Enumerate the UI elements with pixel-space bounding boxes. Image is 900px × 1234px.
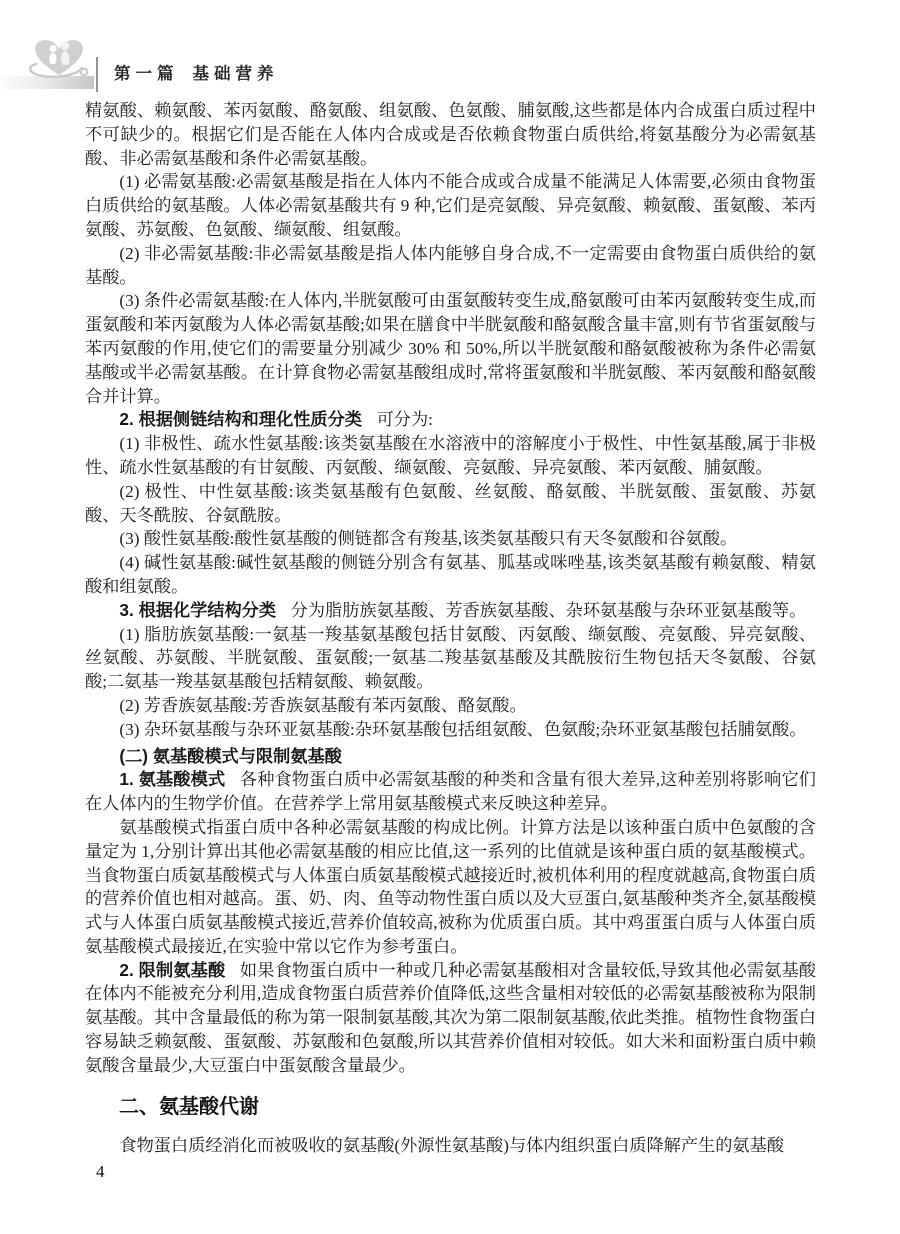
paragraph: (3) 酸性氨基酸:酸性氨基酸的侧链都含有羧基,该类氨基酸只有天冬氨酸和谷氨酸。: [85, 527, 816, 551]
bold-lead-heading: 2. 限制氨基酸: [119, 960, 225, 980]
page-number: 4: [96, 1162, 105, 1182]
paragraph: (1) 必需氨基酸:必需氨基酸是指在人体内不能合成或合成量不能满足人体需要,必须…: [85, 170, 816, 241]
bold-lead-heading: 3. 根据化学结构分类: [119, 600, 276, 620]
page-body: 精氨酸、赖氨酸、苯丙氨酸、酪氨酸、组氨酸、色氨酸、脯氨酸,这些都是体内合成蛋白质…: [85, 99, 816, 1157]
paragraph: 1. 氨基酸模式各种食物蛋白质中必需氨基酸的种类和含量有很大差异,这种差别将影响…: [85, 768, 816, 816]
part-title: 基础营养: [193, 65, 279, 83]
bold-lead-heading: 1. 氨基酸模式: [119, 769, 225, 789]
book-page: 第一篇基础营养 精氨酸、赖氨酸、苯丙氨酸、酪氨酸、组氨酸、色氨酸、脯氨酸,这些都…: [0, 0, 900, 1234]
paragraph: 食物蛋白质经消化而被吸收的氨基酸(外源性氨基酸)与体内组织蛋白质降解产生的氨基酸: [85, 1134, 816, 1158]
paragraph: (1) 脂肪族氨基酸:一氨基一羧基氨基酸包括甘氨酸、丙氨酸、缬氨酸、亮氨酸、异亮…: [85, 623, 816, 694]
paragraph: (2) 非必需氨基酸:非必需氨基酸是指人体内能够自身合成,不一定需要由食物蛋白质…: [85, 242, 816, 290]
paragraph: 2. 根据侧链结构和理化性质分类可分为:: [85, 408, 816, 432]
paragraph: (2) 极性、中性氨基酸:该类氨基酸有色氨酸、丝氨酸、酪氨酸、半胱氨酸、蛋氨酸、…: [85, 480, 816, 528]
heart-people-stethoscope-logo-icon: [24, 34, 94, 84]
header-divider: [96, 57, 98, 92]
paragraph: 3. 根据化学结构分类分为脂肪族氨基酸、芳香族氨基酸、杂环氨基酸与杂环亚氨基酸等…: [85, 599, 816, 623]
paragraph: (3) 杂环氨基酸与杂环亚氨基酸:杂环氨基酸包括组氨酸、色氨酸;杂环亚氨基酸包括…: [85, 718, 816, 742]
bold-lead-heading: 2. 根据侧链结构和理化性质分类: [119, 409, 362, 429]
running-head: 第一篇基础营养: [114, 60, 279, 84]
subsection-heading: (二) 氨基酸模式与限制氨基酸: [85, 745, 816, 769]
section-heading: 二、氨基酸代谢: [85, 1094, 816, 1121]
part-label: 第一篇: [114, 65, 179, 83]
paragraph: (2) 芳香族氨基酸:芳香族氨基酸有苯丙氨酸、酪氨酸。: [85, 694, 816, 718]
paragraph: (1) 非极性、疏水性氨基酸:该类氨基酸在水溶液中的溶解度小于极性、中性氨基酸,…: [85, 432, 816, 480]
paragraph: (3) 条件必需氨基酸:在人体内,半胱氨酸可由蛋氨酸转变生成,酪氨酸可由苯丙氨酸…: [85, 289, 816, 408]
paragraph: 精氨酸、赖氨酸、苯丙氨酸、酪氨酸、组氨酸、色氨酸、脯氨酸,这些都是体内合成蛋白质…: [85, 99, 816, 170]
paragraph: 氨基酸模式指蛋白质中各种必需氨基酸的构成比例。计算方法是以该种蛋白质中色氨酸的含…: [85, 816, 816, 959]
paragraph: 2. 限制氨基酸如果食物蛋白质中一种或几种必需氨基酸相对含量较低,导致其他必需氨…: [85, 959, 816, 1078]
paragraph: (4) 碱性氨基酸:碱性氨基酸的侧链分别含有氨基、胍基或咪唑基,该类氨基酸有赖氨…: [85, 551, 816, 599]
